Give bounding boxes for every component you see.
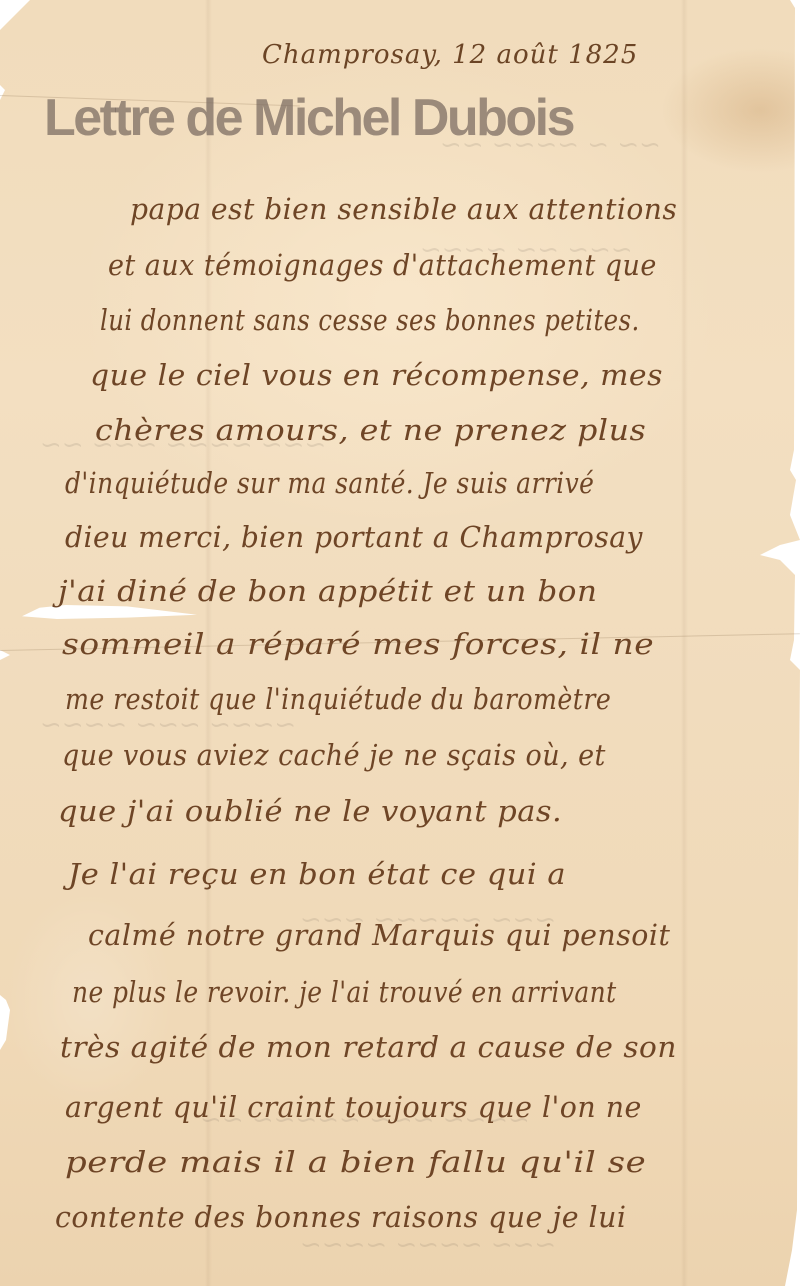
letter-line: que vous aviez caché je ne sçais où, et bbox=[62, 738, 606, 772]
letter-line: dieu merci, bien portant a Champrosay bbox=[65, 520, 643, 554]
letter-line: d'inquiétude sur ma santé. Je suis arriv… bbox=[65, 466, 594, 500]
title-overlay: Lettre de Michel Dubois bbox=[44, 92, 573, 144]
reverse-ink-bleed: ~~~ ~~~~ ~~~~ bbox=[300, 1230, 556, 1260]
letter-line: que le ciel vous en récompense, mes bbox=[90, 358, 663, 392]
letter-line: et aux témoignages d'attachement que bbox=[108, 248, 657, 282]
letter-line: contente des bonnes raisons que je lui bbox=[55, 1200, 626, 1234]
letter-line: ne plus le revoir. je l'ai trouvé en arr… bbox=[72, 975, 617, 1009]
letter-line: Je l'ai reçu en bon état ce qui a bbox=[68, 857, 566, 891]
letter-line: calmé notre grand Marquis qui pensoit bbox=[88, 918, 670, 952]
letter-line: me restoit que l'inquiétude du baromètre bbox=[65, 682, 611, 716]
letter-line: lui donnent sans cesse ses bonnes petite… bbox=[100, 303, 640, 337]
letter-line: très agité de mon retard a cause de son bbox=[60, 1030, 677, 1064]
letter-line: que j'ai oublié ne le voyant pas. bbox=[58, 794, 562, 828]
letter-line: j'ai diné de bon appétit et un bon bbox=[58, 574, 597, 608]
letter-line: perde mais il a bien fallu qu'il se bbox=[65, 1145, 646, 1179]
letter-line: sommeil a réparé mes forces, il ne bbox=[62, 627, 654, 661]
letter-line: argent qu'il craint toujours que l'on ne bbox=[65, 1090, 642, 1124]
letter-line: chères amours, et ne prenez plus bbox=[95, 413, 646, 447]
letter-dateline: Champrosay, 12 août 1825 bbox=[262, 40, 638, 70]
letter-line: papa est bien sensible aux attentions bbox=[130, 192, 677, 226]
